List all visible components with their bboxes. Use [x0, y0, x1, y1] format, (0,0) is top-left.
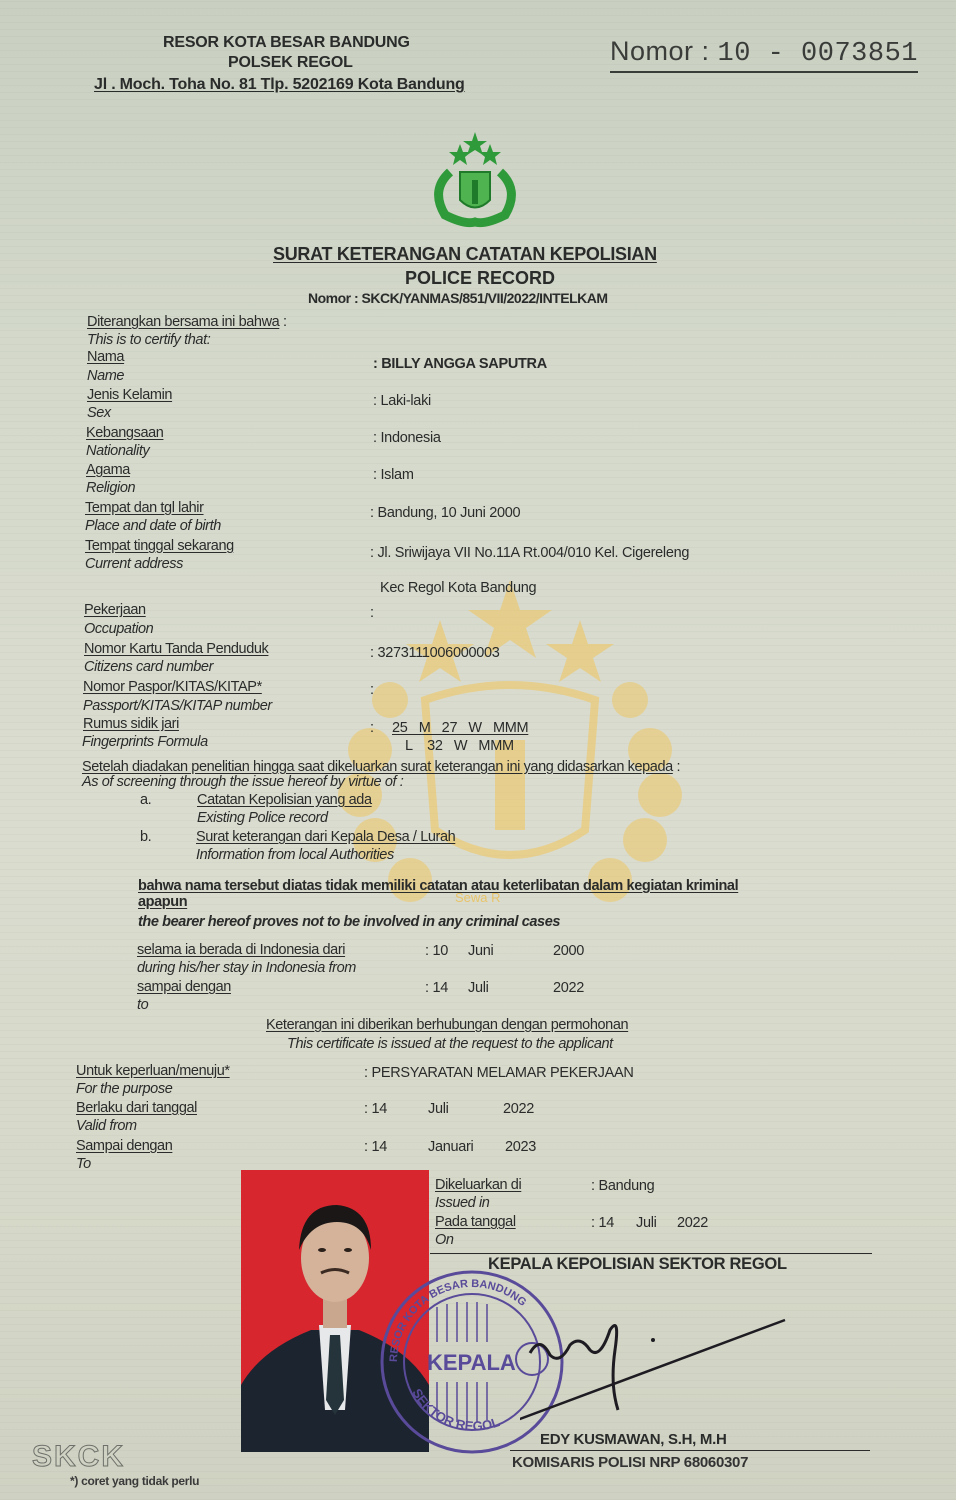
stay-to-day: : 14 [425, 980, 448, 996]
stay-to-label-en: to [137, 997, 148, 1013]
police-emblem-icon [420, 130, 530, 230]
request-en: This certificate is issued at the reques… [287, 1036, 613, 1052]
statement-id-line-1: bahwa nama tersebut diatas tidak memilik… [138, 878, 738, 894]
issued-on-month: Juli [636, 1215, 657, 1231]
valid-to-month: Januari [428, 1139, 473, 1155]
field-label-religion: Agama [86, 462, 130, 478]
intro-en: This is to certify that: [87, 332, 210, 348]
field-label-address: Tempat tinggal sekarang [85, 538, 234, 554]
divider-line [430, 1253, 872, 1254]
field-label-birth: Tempat dan tgl lahir [85, 500, 204, 516]
request-id: Keterangan ini diberikan berhubungan den… [266, 1017, 628, 1033]
field-label-nationality: Kebangsaan [86, 425, 163, 441]
field-label-address-en: Current address [85, 556, 183, 572]
field-value-fingerprint-colon: : [370, 720, 374, 736]
field-label-passport: Nomor Paspor/KITAS/KITAP* [83, 679, 262, 695]
issued-on-label-en: On [435, 1232, 454, 1248]
svg-text:KEPALA: KEPALA [427, 1350, 516, 1375]
document-title: SURAT KETERANGAN CATATAN KEPOLISIAN [273, 244, 657, 265]
field-value-religion: : Islam [373, 467, 414, 483]
screening-item-b-marker: b. [140, 829, 151, 845]
screening-item-b-en: Information from local Authorities [196, 847, 394, 863]
field-label-fingerprint-en: Fingerprints Formula [82, 734, 208, 750]
stay-from-day: : 10 [425, 943, 448, 959]
valid-to-label-en: To [76, 1156, 91, 1172]
field-label-nationality-en: Nationality [86, 443, 149, 459]
header-line-1: RESOR KOTA BESAR BANDUNG [163, 34, 410, 52]
footer-note: *) coret yang tidak perlu [70, 1474, 199, 1488]
fingerprint-formula-bottom: L 32 W MMM [405, 738, 514, 754]
field-label-id-card-en: Citizens card number [84, 659, 213, 675]
header-line-2: POLSEK REGOL [228, 54, 353, 72]
field-label-religion-en: Religion [86, 480, 135, 496]
valid-from-year: 2022 [503, 1101, 534, 1117]
screening-id: Setelah diadakan penelitian hingga saat … [82, 759, 680, 775]
serial-value: 10 - 0073851 [718, 39, 918, 69]
fingerprint-formula-top: 25 M 27 W MMM [392, 720, 528, 736]
field-value-address: : Jl. Sriwijaya VII No.11A Rt.004/010 Ke… [370, 545, 689, 561]
field-label-passport-en: Passport/KITAS/KITAP number [83, 698, 272, 714]
field-value-address-2: Kec Regol Kota Bandung [380, 580, 536, 596]
screening-item-a-en: Existing Police record [197, 810, 328, 826]
field-label-id-card: Nomor Kartu Tanda Penduduk [84, 641, 268, 657]
stay-from-year: 2000 [553, 943, 584, 959]
stay-from-month: Juni [468, 943, 493, 959]
signatory-rank: KOMISARIS POLISI NRP 68060307 [512, 1454, 748, 1471]
serial-label: Nomor : [610, 36, 710, 66]
purpose-label-en: For the purpose [76, 1081, 172, 1097]
purpose-label: Untuk keperluan/menuju* [76, 1063, 230, 1079]
valid-from-label: Berlaku dari tanggal [76, 1100, 197, 1116]
stay-from-label: selama ia berada di Indonesia dari [137, 942, 345, 958]
screening-item-b: Surat keterangan dari Kepala Desa / Lura… [196, 829, 455, 845]
field-value-name: : BILLY ANGGA SAPUTRA [373, 356, 547, 372]
field-value-birth: : Bandung, 10 Juni 2000 [370, 505, 520, 521]
header-address: Jl . Moch. Toha No. 81 Tlp. 5202169 Kota… [94, 76, 465, 94]
field-value-nationality: : Indonesia [373, 430, 441, 446]
intro-id: Diterangkan bersama ini bahwa : [87, 314, 287, 330]
valid-from-label-en: Valid from [76, 1118, 137, 1134]
signature-icon [520, 1305, 800, 1435]
stay-to-year: 2022 [553, 980, 584, 996]
field-label-name: Nama [87, 349, 124, 365]
valid-to-day: : 14 [364, 1139, 387, 1155]
issued-in-value: : Bandung [591, 1178, 654, 1194]
screening-item-a: Catatan Kepolisian yang ada [197, 792, 372, 808]
valid-from-day: : 14 [364, 1101, 387, 1117]
field-label-birth-en: Place and date of birth [85, 518, 221, 534]
issued-in-label-en: Issued in [435, 1195, 489, 1211]
field-label-name-en: Name [87, 368, 124, 384]
document-number: Nomor : SKCK/YANMAS/851/VII/2022/INTELKA… [308, 290, 608, 306]
field-label-fingerprint: Rumus sidik jari [83, 716, 179, 732]
field-value-sex: : Laki-laki [373, 393, 431, 409]
skck-logo: SKCK [32, 1440, 125, 1474]
stay-to-label: sampai dengan [137, 979, 231, 995]
valid-to-year: 2023 [505, 1139, 536, 1155]
field-value-id-card: : 3273111006000003 [370, 645, 500, 661]
field-label-occupation: Pekerjaan [84, 602, 146, 618]
issued-in-label: Dikeluarkan di [435, 1177, 521, 1193]
valid-to-label: Sampai dengan [76, 1138, 172, 1154]
field-label-sex-en: Sex [87, 405, 111, 421]
screening-item-a-marker: a. [140, 792, 151, 808]
field-label-occupation-en: Occupation [84, 621, 153, 637]
serial-number: Nomor : 10 - 0073851 [610, 36, 918, 73]
issued-on-day: : 14 [591, 1215, 614, 1231]
statement-id-line-2: apapun [138, 894, 187, 910]
valid-from-month: Juli [428, 1101, 449, 1117]
field-value-passport: : [370, 682, 374, 698]
screening-en: As of screening through the issue hereof… [82, 774, 403, 790]
signatory-name: EDY KUSMAWAN, S.H, M.H [540, 1431, 726, 1448]
issued-on-label: Pada tanggal [435, 1214, 516, 1230]
document-subtitle: POLICE RECORD [405, 268, 555, 289]
statement-en: the bearer hereof proves not to be invol… [138, 914, 560, 930]
issued-on-year: 2022 [677, 1215, 708, 1231]
signatory-underline [510, 1450, 870, 1451]
field-value-occupation: : [370, 605, 374, 621]
stay-from-label-en: during his/her stay in Indonesia from [137, 960, 356, 976]
purpose-value: : PERSYARATAN MELAMAR PEKERJAAN [364, 1065, 634, 1081]
stay-to-month: Juli [468, 980, 489, 996]
field-label-sex: Jenis Kelamin [87, 387, 172, 403]
